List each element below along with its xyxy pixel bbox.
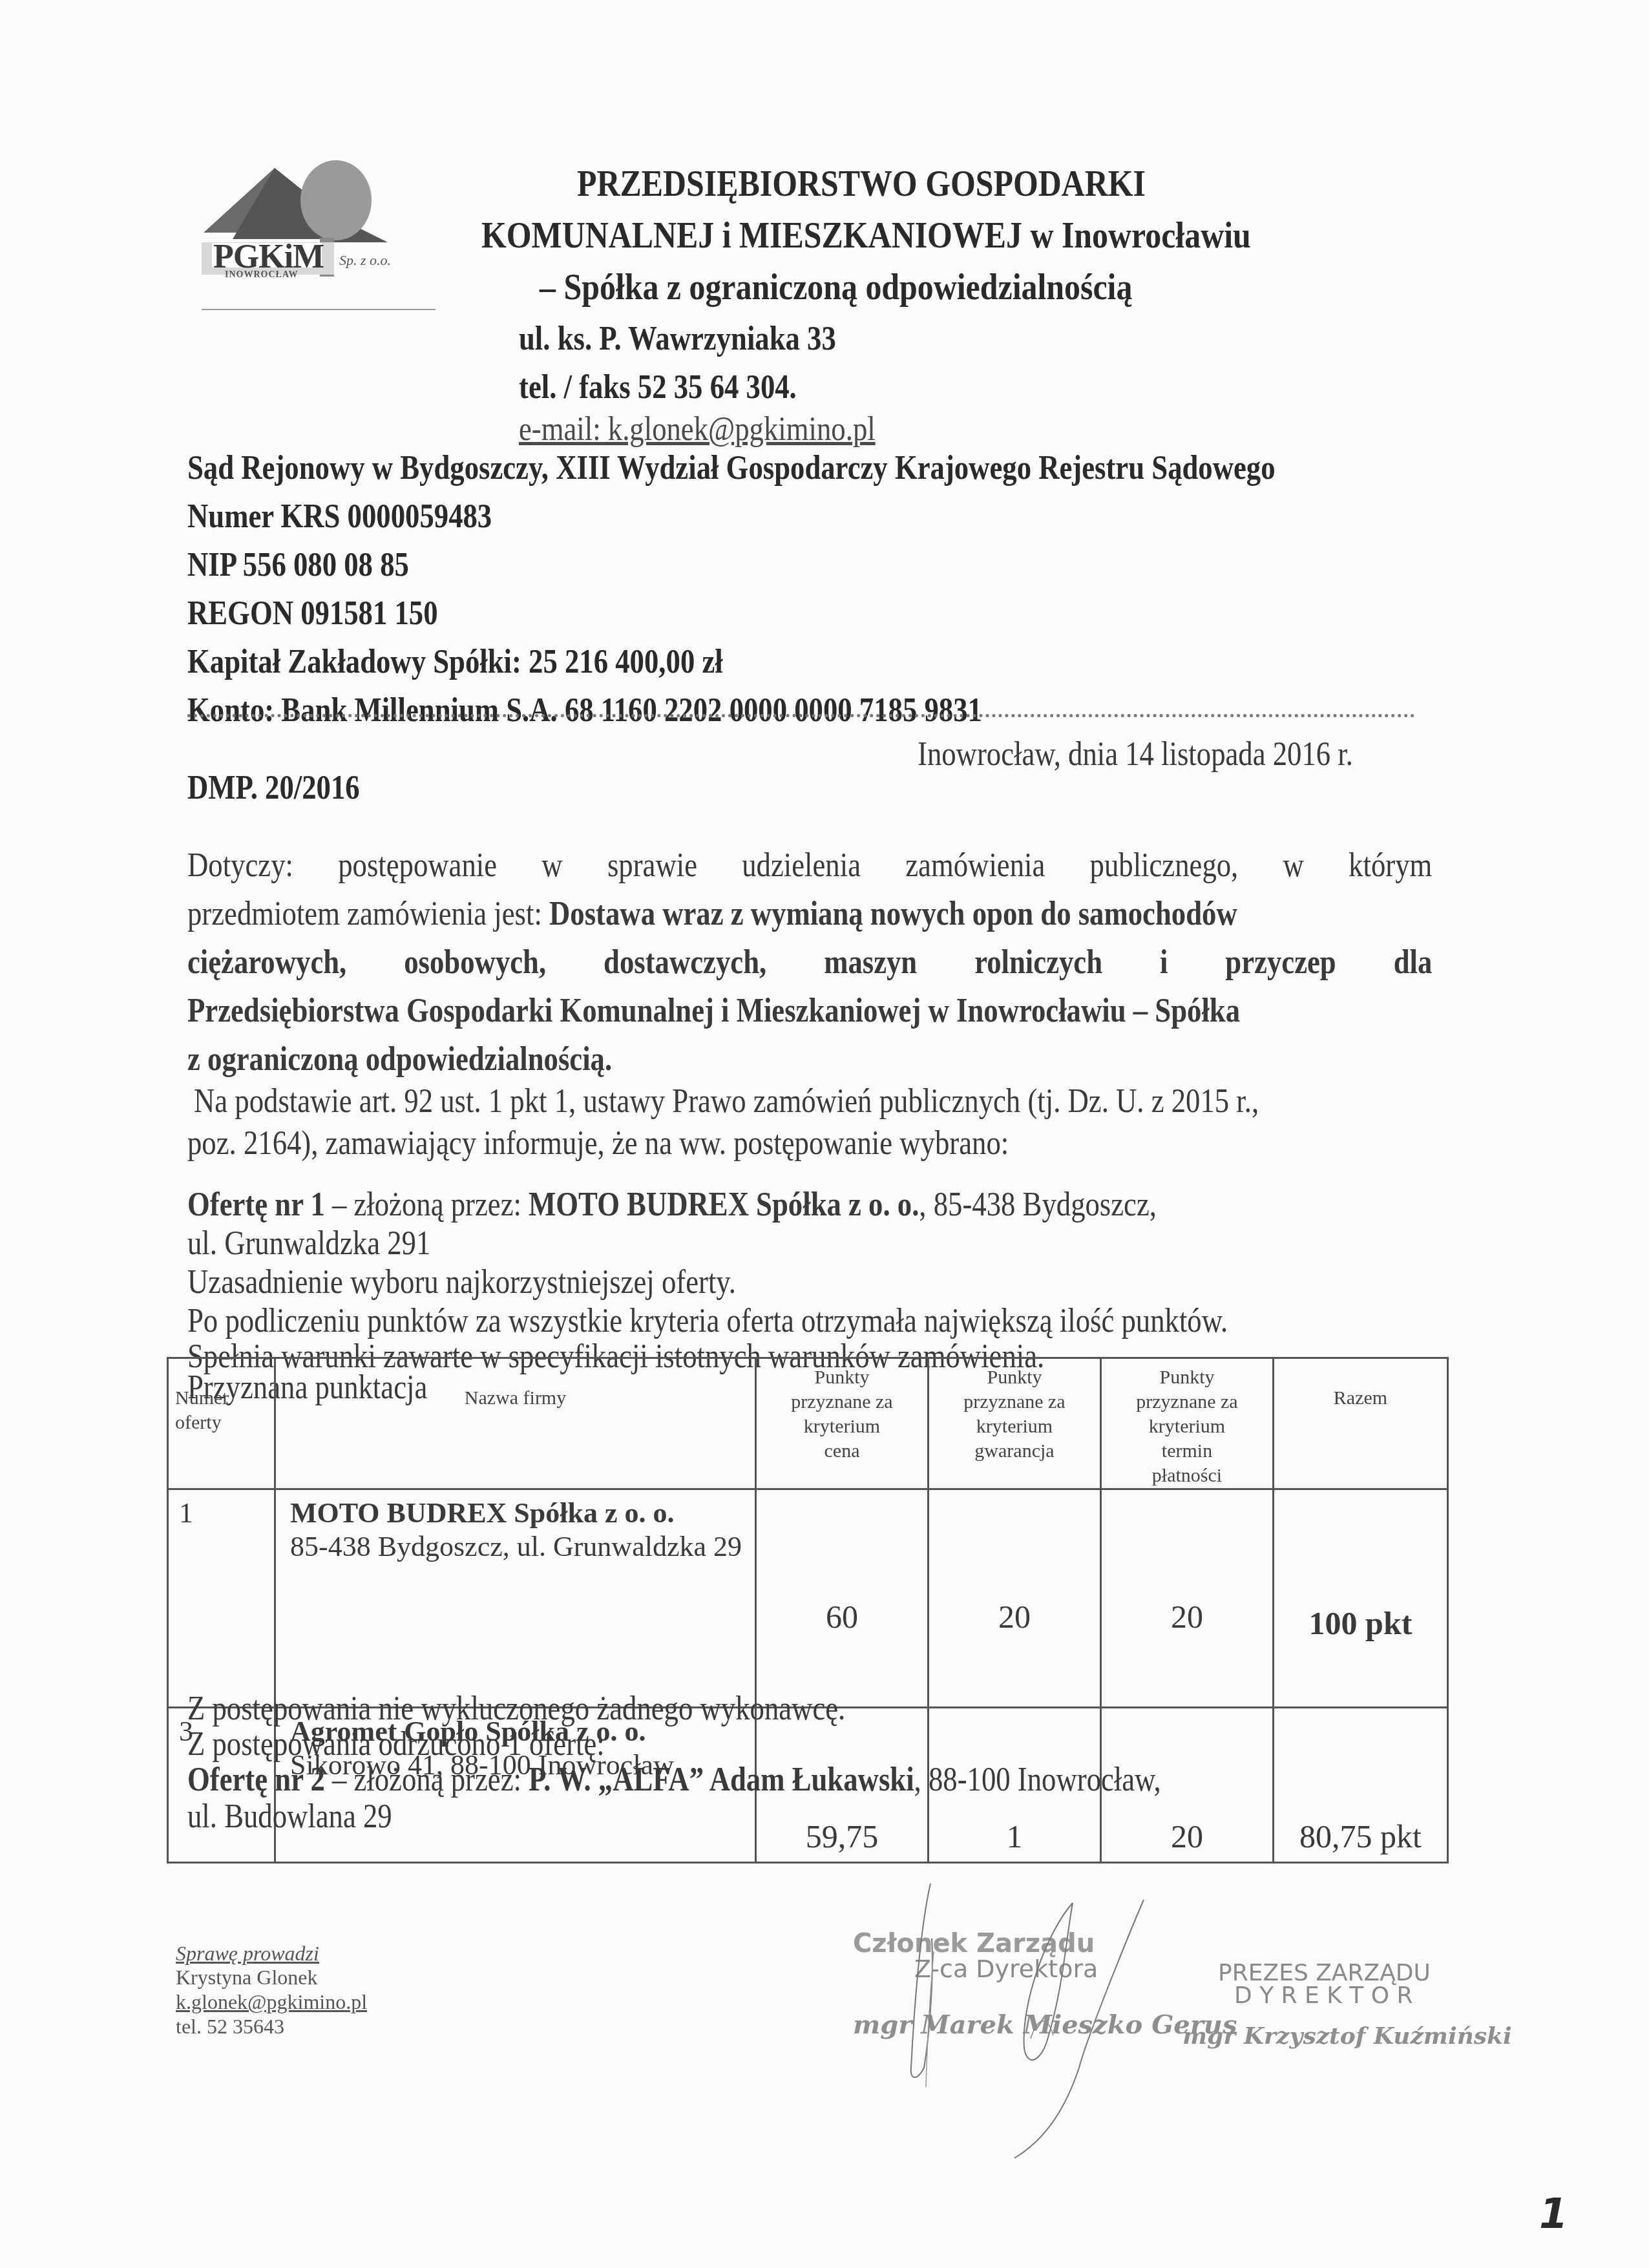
word: w <box>1283 846 1304 885</box>
registry-regon: REGON 091581 150 <box>187 594 438 633</box>
rejected-offer-line: Ofertę nr 2 – złożoną przez: P. W. „ALFA… <box>187 1761 1161 1799</box>
word: maszyn <box>824 943 917 982</box>
header-total: Razem <box>1274 1358 1448 1489</box>
word: udzielenia <box>742 846 861 885</box>
company-logo: PGKiM INOWROCŁAW Sp. z o.o. <box>194 155 414 284</box>
header-line: gwarancja <box>929 1439 1100 1464</box>
word: ciężarowych, <box>187 943 346 982</box>
reference-number: DMP. 20/2016 <box>187 769 360 807</box>
rejected-statement: Z postępowania odrzucono 1 ofertę: <box>187 1725 605 1763</box>
selected-offer-line: Ofertę nr 1 – złożoną przez: MOTO BUDREX… <box>187 1186 1157 1224</box>
offer-number: 1 <box>168 1489 275 1708</box>
header-line: przyznane za <box>1102 1390 1272 1414</box>
score-total: 80,75 pkt <box>1274 1708 1448 1863</box>
subject-line4: Przedsiębiorstwa Gospodarki Komunalnej i… <box>187 992 1240 1030</box>
word: osobowych, <box>404 943 546 982</box>
header-line: przyznane za <box>757 1390 927 1414</box>
header-line: termin <box>1102 1439 1272 1464</box>
header-payment: Punktyprzyznane zakryteriumterminpłatnoś… <box>1101 1358 1274 1489</box>
header-line: Punkty <box>757 1365 927 1390</box>
word: zamówienia <box>905 846 1045 885</box>
word: i <box>1160 943 1168 982</box>
excluded-statement: Z postępowania nie wykluczonego żadnego … <box>187 1690 845 1728</box>
company-name-line3: – Spółka z ograniczoną odpowiedzialności… <box>540 265 1132 308</box>
score-payment: 20 <box>1101 1489 1274 1708</box>
table-header-row: Numer oferty Nazwa firmy Punktyprzyznane… <box>168 1358 1448 1489</box>
contact-phone: tel. 52 35643 <box>176 2015 284 2039</box>
table-row: 1 MOTO BUDREX Spółka z o. o. 85-438 Bydg… <box>168 1489 1448 1708</box>
subject-line1: Dotyczy:postępowaniewsprawieudzieleniaza… <box>187 846 1432 885</box>
header-line: kryterium <box>757 1414 927 1439</box>
rejected-company: P. W. „ALFA” Adam Łukawski <box>529 1761 914 1798</box>
word: dostawczych, <box>604 943 766 982</box>
registry-court: Sąd Rejonowy w Bydgoszczy, XIII Wydział … <box>187 449 1276 487</box>
header-warranty: Punktyprzyznane zakryteriumgwarancja <box>929 1358 1101 1489</box>
score-price: 60 <box>756 1489 929 1708</box>
word: Dotyczy: <box>187 846 293 885</box>
header-line: kryterium <box>929 1414 1100 1439</box>
word: publicznego, <box>1090 846 1239 885</box>
offer-company: MOTO BUDREX Spółka z o. o. 85-438 Bydgos… <box>275 1489 756 1708</box>
subject-line3: ciężarowych,osobowych,dostawczych,maszyn… <box>187 943 1432 982</box>
logo-suffix: Sp. z o.o. <box>339 252 391 269</box>
selected-offer-street: ul. Grunwaldzka 291 <box>187 1224 430 1263</box>
header-price: Punktyprzyznane zakryteriumcena <box>756 1358 929 1489</box>
rejected-offer-street: ul. Budowlana 29 <box>187 1798 392 1836</box>
justification-title: Uzasadnienie wyboru najkorzystniejszej o… <box>187 1263 736 1301</box>
logo-divider <box>202 309 436 310</box>
registry-krs: Numer KRS 0000059483 <box>187 498 492 536</box>
handwritten-signatures-icon <box>808 1874 1518 2165</box>
contact-email-link[interactable]: k.glonek@pgkimino.pl <box>176 1990 367 2014</box>
score-warranty: 20 <box>929 1489 1101 1708</box>
justification-text1: Po podliczeniu punktów za wszystkie kryt… <box>187 1302 1228 1340</box>
word: sprawie <box>607 846 697 885</box>
word: przyczep <box>1225 943 1336 982</box>
header-line: Punkty <box>929 1365 1100 1390</box>
registry-nip: NIP 556 080 08 85 <box>187 546 409 584</box>
company-phone: tel. / faks 52 35 64 304. <box>519 368 797 406</box>
score-total: 100 pkt <box>1274 1489 1448 1708</box>
legal-basis-line2: poz. 2164), zamawiający informuje, że na… <box>187 1124 1009 1162</box>
header-company: Nazwa firmy <box>275 1358 756 1489</box>
place-date: Inowrocław, dnia 14 listopada 2016 r. <box>918 735 1353 773</box>
word: w <box>541 846 562 885</box>
word: którym <box>1349 846 1432 885</box>
subject-line5: z ograniczoną odpowiedzialnością. <box>187 1040 612 1078</box>
company-email-link[interactable]: e-mail: k.glonek@pgkimino.pl <box>519 410 876 448</box>
word: dla <box>1394 943 1433 982</box>
subject-title: Dostawa wraz z wymianą nowych opon do sa… <box>549 896 1237 932</box>
selected-company: MOTO BUDREX Spółka z o. o. <box>529 1186 919 1223</box>
company-name-line2: KOMUNALNEJ i MIESZKANIOWEJ w Inowrocławi… <box>481 213 1251 257</box>
company-name-line1: PRZEDSIĘBIORSTWO GOSPODARKI <box>577 162 1146 205</box>
header-line: przyznane za <box>929 1390 1100 1414</box>
subject-line2: przedmiotem zamówienia jest: Dostawa wra… <box>187 895 1237 933</box>
header-line: Punkty <box>1102 1365 1272 1390</box>
contact-title: Sprawę prowadzi <box>176 1942 319 1966</box>
logo-city: INOWROCŁAW <box>225 270 298 280</box>
registry-bank-account: Konto: Bank Millennium S.A. 68 1160 2202… <box>187 691 982 730</box>
page-number: 1 <box>1539 2190 1568 2238</box>
header-line: płatności <box>1102 1464 1272 1488</box>
header-number: Numer oferty <box>168 1358 275 1489</box>
word: postępowanie <box>338 846 497 885</box>
registry-capital: Kapitał Zakładowy Spółki: 25 216 400,00 … <box>187 643 723 681</box>
legal-basis-line1: Na podstawie art. 92 ust. 1 pkt 1, ustaw… <box>194 1082 1259 1120</box>
header-line: kryterium <box>1102 1414 1272 1439</box>
contact-name: Krystyna Glonek <box>176 1966 318 1990</box>
dotted-separator <box>187 714 1415 717</box>
header-line: cena <box>757 1439 927 1464</box>
word: rolniczych <box>974 943 1102 982</box>
company-address: ul. ks. P. Wawrzyniaka 33 <box>519 320 836 358</box>
